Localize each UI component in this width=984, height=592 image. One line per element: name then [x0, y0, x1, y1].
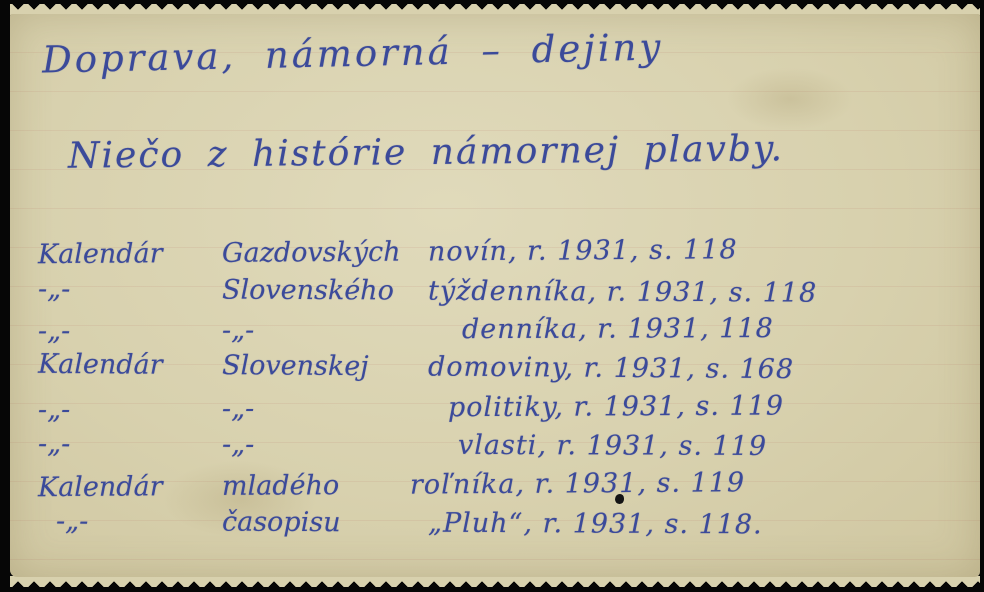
- entry-citation: novín, r. 1931, s. 118: [428, 234, 738, 267]
- entry-citation: domoviny, r. 1931, s. 168: [428, 352, 794, 386]
- perforated-edge-bottom: [10, 576, 980, 587]
- entry-list: Kalendár Gazdovských novín, r. 1931, s. …: [10, 14, 980, 577]
- entry-source-qualifier: Slovenskej: [222, 350, 369, 382]
- catalog-card: Doprava, námorná – dejiny Niečo z histór…: [10, 14, 980, 577]
- ink-blot: [615, 494, 624, 504]
- entry-citation: týždenníka, r. 1931, s. 118: [428, 276, 817, 309]
- entry-row: Kalendár Slovenskej domoviny, r. 1931, s…: [10, 349, 980, 396]
- entry-source-qualifier: Slovenského: [222, 275, 394, 307]
- entry-source: Kalendár: [38, 471, 163, 503]
- ditto-mark: -„-: [222, 393, 254, 424]
- entry-row: -„- -„- vlasti, r. 1931, s. 119: [10, 428, 980, 471]
- entry-row: -„- -„- politiky, r. 1931, s. 119: [10, 389, 980, 434]
- entry-row: -„- časopisu „Pluh“, r. 1931, s. 118.: [10, 505, 980, 550]
- entry-citation: politiky, r. 1931, s. 119: [448, 390, 784, 423]
- ditto-mark: -„-: [38, 274, 70, 305]
- ditto-mark: -„-: [222, 315, 254, 346]
- entry-source-qualifier: Gazdovských: [222, 237, 401, 269]
- ditto-mark: -„-: [38, 428, 70, 459]
- entry-citation: roľníka, r. 1931, s. 119: [410, 467, 745, 500]
- scanned-card-page: Doprava, námorná – dejiny Niečo z histór…: [0, 0, 984, 592]
- entry-source-qualifier: časopisu: [222, 507, 341, 539]
- ditto-mark: -„-: [222, 429, 254, 460]
- entry-row: Kalendár Gazdovských novín, r. 1931, s. …: [10, 233, 980, 280]
- ditto-mark: -„-: [56, 506, 88, 537]
- entry-citation: denníka, r. 1931, 118: [462, 313, 774, 345]
- entry-source-qualifier: mladého: [222, 470, 339, 502]
- entry-row: -„- Slovenského týždenníka, r. 1931, s. …: [10, 273, 980, 318]
- ditto-mark: -„-: [38, 315, 70, 346]
- ditto-mark: -„-: [38, 394, 70, 425]
- entry-citation: vlasti, r. 1931, s. 119: [458, 430, 767, 462]
- entry-source: Kalendár: [38, 349, 163, 381]
- entry-source: Kalendár: [38, 238, 163, 270]
- entry-citation: „Pluh“, r. 1931, s. 118.: [428, 508, 763, 541]
